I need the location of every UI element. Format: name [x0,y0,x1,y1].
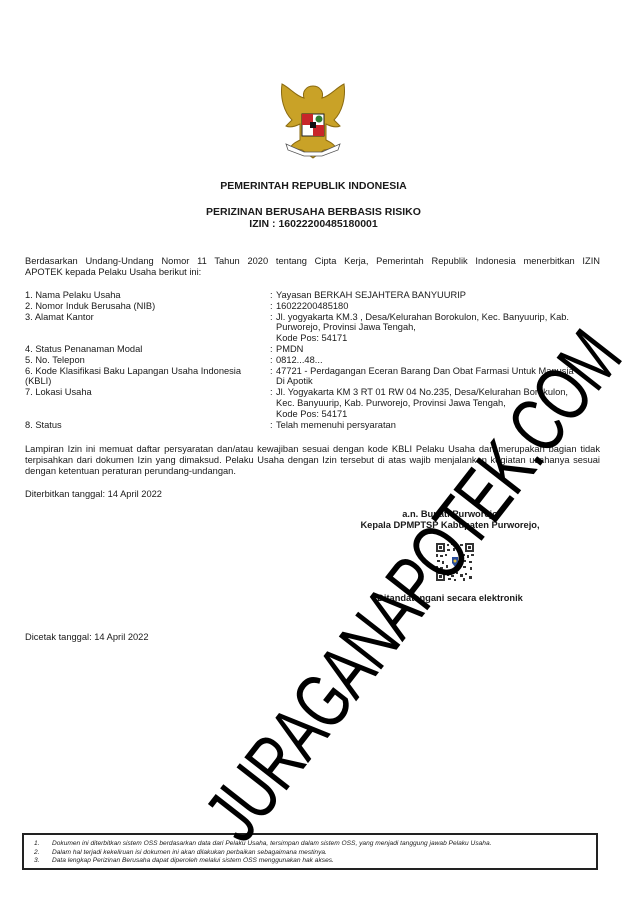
footer-notes: 1.Dokumen ini diterbitkan sistem OSS ber… [22,833,598,870]
document-title: PERIZINAN BERUSAHA BERBASIS RISIKO [0,206,627,218]
field-value: Yayasan BERKAH SEJAHTERA BANYUURIP [276,290,605,301]
printed-date: Dicetak tanggal: 14 April 2022 [25,632,149,642]
intro-line-2: APOTEK kepada Pelaku Usaha berikut ini: [25,267,201,277]
garuda-emblem-icon [272,78,354,164]
footer-note: 2.Dalam hal terjadi kekeliruan isi dokum… [34,849,588,858]
field-row-business-name: 1. Nama Pelaku Usaha :Yayasan BERKAH SEJ… [25,290,605,301]
field-row-nib: 2. Nomor Induk Berusaha (NIB) :160222004… [25,301,605,312]
footer-note: 1.Dokumen ini diterbitkan sistem OSS ber… [34,840,588,849]
issued-date: Diterbitkan tanggal: 14 April 2022 [25,489,162,499]
field-label: 2. Nomor Induk Berusaha (NIB) [25,301,270,312]
field-label: 1. Nama Pelaku Usaha [25,290,270,301]
intro-paragraph: Berdasarkan Undang-Undang Nomor 11 Tahun… [25,256,600,278]
watermark-container: JURAGANAPOTEK.COM [15,330,615,430]
permit-document: PEMERINTAH REPUBLIK INDONESIA PERIZINAN … [0,0,627,899]
government-heading: PEMERINTAH REPUBLIK INDONESIA [0,180,627,192]
footer-note: 3.Data lengkap Perizinan Berusaha dapat … [34,857,588,866]
permit-number: IZIN : 16022200485180001 [0,218,627,230]
field-value: 16022200485180 [276,301,605,312]
intro-line-1: Berdasarkan Undang-Undang Nomor 11 Tahun… [25,256,600,267]
